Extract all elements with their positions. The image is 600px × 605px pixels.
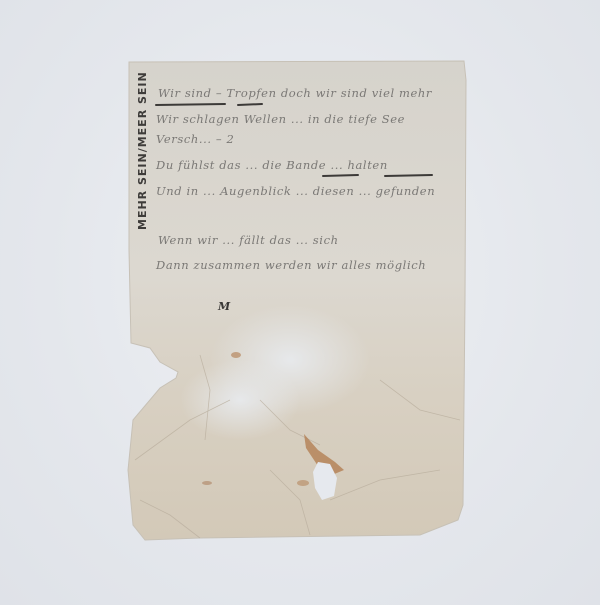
lyric-line: Versch... – 2 <box>156 132 234 146</box>
lyric-line: Wir schlagen Wellen ... in die tiefe See <box>156 112 405 126</box>
margin-title-note: MEHR SEIN/MEER SEIN <box>136 71 149 230</box>
lyric-sheet: MEHR SEIN/MEER SEIN Wir sind – Tropfen d… <box>0 0 600 605</box>
lyric-line: Dann zusammen werden wir alles möglich <box>156 258 426 272</box>
lyric-line: Und in ... Augenblick ... diesen ... gef… <box>156 184 435 198</box>
lyric-line: Wenn wir ... fällt das ... sich <box>158 233 339 247</box>
lyric-line: Wir sind – Tropfen doch wir sind viel me… <box>158 86 432 100</box>
initial-mark: M <box>218 300 230 313</box>
lyric-line: Du fühlst das ... die Bande ... halten <box>156 158 388 172</box>
